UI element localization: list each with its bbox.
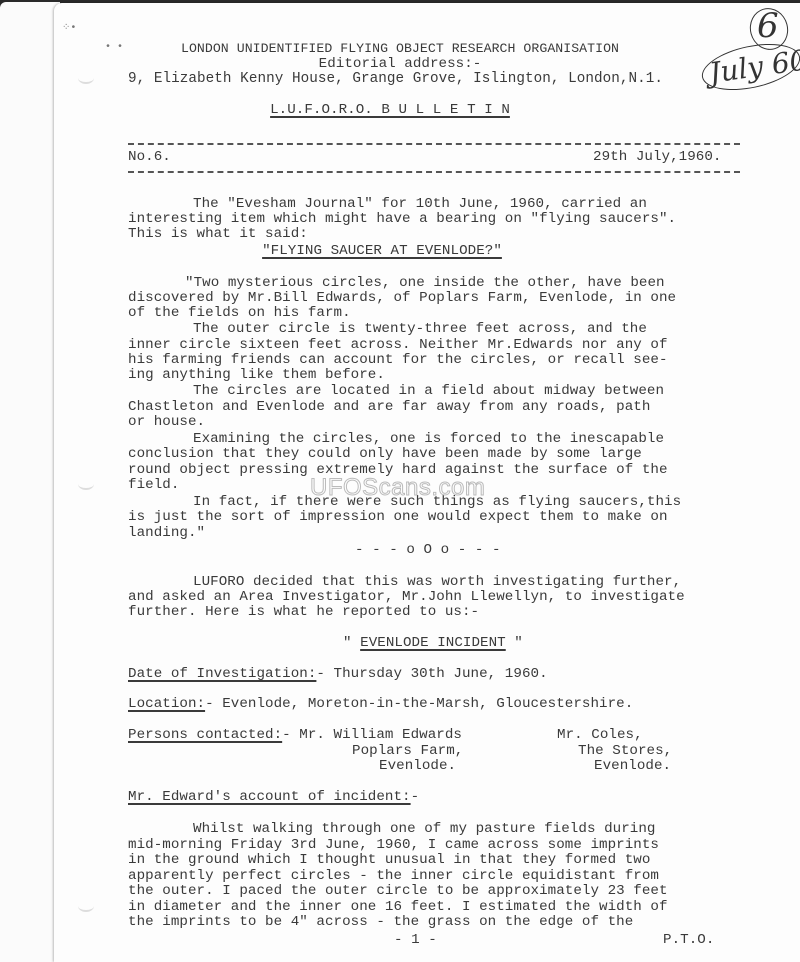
text-line: or house. (128, 415, 205, 430)
text-line: of the fields on his farm. (128, 306, 351, 321)
watermark: UFOScans.com (310, 474, 485, 502)
field-label: Persons contacted: (128, 727, 282, 743)
editorial-address: 9, Elizabeth Kenny House, Grange Grove, … (128, 72, 663, 87)
text-line: The circles are located in a field about… (193, 384, 664, 399)
text-line: the imprints to be 4" across - the grass… (128, 915, 633, 930)
field-value: - (411, 789, 420, 805)
field-label: Mr. Edward's account of incident: (128, 789, 411, 805)
dashed-rule (128, 171, 740, 173)
field-label: Date of Investigation: (128, 666, 316, 682)
investigation-location: Location:- Evenlode, Moreton-in-the-Mars… (128, 697, 633, 712)
issue-date: 29th July,1960. (593, 150, 721, 165)
text-line: The "Evesham Journal" for 10th June, 196… (193, 197, 647, 212)
section-separator: - - - o O o - - - (355, 543, 501, 558)
text-line: "Two mysterious circles, one inside the … (185, 276, 665, 291)
report-title-text: EVENLODE INCIDENT (360, 635, 506, 651)
person-address-line: Evenlode. (379, 759, 456, 774)
text-line: apparently perfect circles - the inner c… (128, 869, 659, 884)
text-line: conclusion that they could only have bee… (128, 447, 642, 462)
text-line: is just the sort of impression one would… (128, 510, 668, 525)
text-line: landing." (128, 526, 205, 541)
text-line: his farming friends can account for the … (128, 353, 668, 368)
text-line: discovered by Mr.Bill Edwards, of Poplar… (128, 291, 676, 306)
organisation-name: LONDON UNIDENTIFIED FLYING OBJECT RESEAR… (0, 41, 800, 56)
punch-hole-mark (78, 900, 94, 912)
person-address-line: Evenlode. (594, 759, 671, 774)
text-line: in diameter and the inner one 16 feet. I… (128, 900, 668, 915)
text-line: ing anything like them before. (128, 368, 385, 383)
field-value: - Thursday 30th June, 1960. (316, 666, 547, 682)
editorial-label: Editorial address:- (0, 57, 800, 72)
text-line: Examining the circles, one is forced to … (193, 432, 664, 447)
account-heading: Mr. Edward's account of incident:- (128, 790, 419, 805)
text-line: mid-morning Friday 3rd June, 1960, I cam… (128, 838, 659, 853)
page-number: - 1 - (394, 933, 437, 948)
field-label: Location: (128, 696, 205, 712)
field-value: - Evenlode, Moreton-in-the-Marsh, Glouce… (205, 696, 633, 712)
person-address-line: The Stores, (578, 744, 672, 759)
bulletin-title: L.U.F.O.R.O. B U L L E T I N (0, 103, 790, 118)
report-title: " EVENLODE INCIDENT " (343, 636, 523, 651)
ink-smudge: ⁘• (62, 22, 76, 34)
text-line: This is what it said: (128, 227, 308, 242)
text-line: The outer circle is twenty-three feet ac… (193, 322, 647, 337)
punch-hole-mark (78, 478, 94, 490)
text-line: field. (128, 478, 179, 493)
handwritten-issue-number: 6 (757, 6, 779, 46)
text-line: further. Here is what he reported to us:… (128, 605, 479, 620)
issue-number: No.6. (128, 150, 171, 165)
text-line: interesting item which might have a bear… (128, 212, 676, 227)
text-line: in the ground which I thought unusual in… (128, 853, 650, 868)
field-value: - Mr. William Edwards (282, 727, 462, 743)
text-line: and asked an Area Investigator, Mr.John … (128, 590, 685, 605)
please-turn-over: P.T.O. (663, 933, 714, 948)
person-name: Mr. Coles, (557, 728, 643, 743)
dashed-rule (128, 143, 740, 145)
persons-contacted: Persons contacted:- Mr. William Edwards (128, 728, 462, 743)
text-line: LUFORO decided that this was worth inves… (193, 575, 681, 590)
punch-hole-mark (78, 72, 94, 84)
text-line: inner circle sixteen feet across. Neithe… (128, 338, 668, 353)
investigation-date: Date of Investigation:- Thursday 30th Ju… (128, 667, 548, 682)
article-headline: "FLYING SAUCER AT EVENLODE?" (0, 244, 782, 259)
person-address-line: Poplars Farm, (352, 744, 463, 759)
text-line: Whilst walking through one of my pasture… (193, 822, 655, 837)
underlying-page (0, 2, 60, 962)
text-line: Chastleton and Evenlode and are far away… (128, 400, 650, 415)
text-line: the outer. I paced the outer circle to b… (128, 884, 668, 899)
